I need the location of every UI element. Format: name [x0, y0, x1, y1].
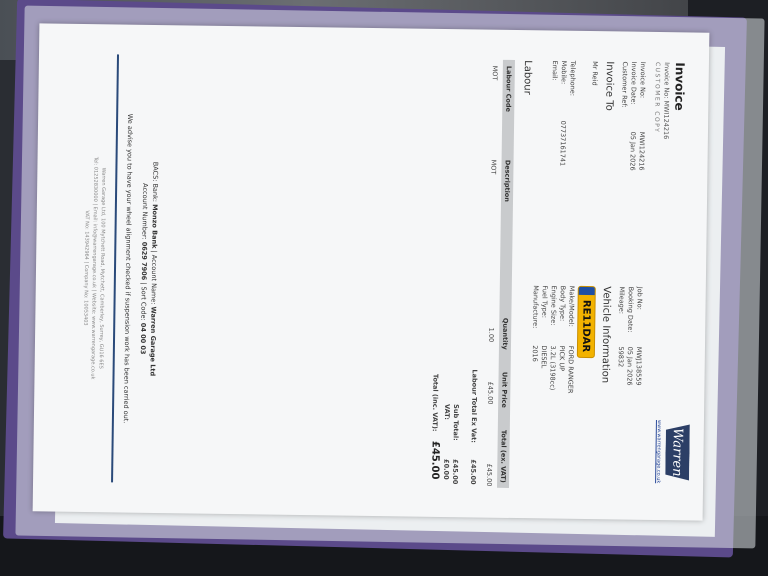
invoice-meta-values: MWI124216 05 Jan 2026	[627, 132, 646, 171]
invoice-paper: Invoice Invoice No: MWI124216 CUSTOMER C…	[33, 23, 710, 520]
vehicle-labels: Make/Model: Body Type: Engine Size: Fuel…	[530, 285, 576, 329]
footer-rule	[112, 54, 119, 482]
invoice-number-line: Invoice No: MWI124216	[662, 62, 671, 139]
invoice-meta-labels: Invoice No: Invoice Date: Customer Ref:	[619, 61, 647, 107]
invoice-page: Invoice Invoice No: MWI124216 CUSTOMER C…	[33, 23, 710, 520]
subtotal-value: £45.00	[450, 459, 459, 484]
contact-mobile: 07737161741	[557, 121, 567, 167]
col-labour-code: Labour Code	[504, 66, 513, 112]
labour-total-label: Labour Total Ex Vat:	[469, 369, 479, 443]
vehicle-heading: Vehicle Information	[599, 286, 611, 383]
footer: Warren Garage Ltd, 100 Mytchett Road, My…	[79, 54, 109, 482]
vehicle-values: FORD RANGER PICK UP 3.2L (3198cc) DIESEL…	[529, 345, 575, 393]
eu-flag-strip	[579, 287, 595, 295]
invoice-title: Invoice	[672, 62, 687, 111]
invoice-to-heading: Invoice To	[603, 61, 615, 111]
copy-label: CUSTOMER COPY	[653, 62, 661, 133]
total-value: £45.00	[429, 441, 441, 480]
contact-labels: Telephone: Mobile: Email:	[549, 60, 576, 96]
brand-logo: Warren	[665, 424, 690, 480]
registration-plate: RE11DAR	[577, 286, 596, 358]
vat-value: £0.00	[441, 459, 450, 480]
customer-name: Mr Reid	[590, 61, 599, 86]
subtotal-label: Sub Total:	[451, 404, 461, 441]
col-total: Total (ex. VAT)	[499, 430, 508, 483]
labour-table-header: Labour Code Description Quantity Unit Pr…	[497, 60, 515, 488]
col-unit-price: Unit Price	[500, 372, 509, 408]
vat-label: VAT:	[442, 404, 451, 420]
table-row: MOT MOT 1.00 £45.00 £45.00	[481, 60, 499, 488]
labour-heading: Labour	[521, 60, 532, 95]
wheel-alignment-advice: We advise you to have your wheel alignme…	[121, 55, 135, 483]
website-link[interactable]: www.warrengarage.co.uk	[655, 420, 662, 483]
col-quantity: Quantity	[501, 318, 509, 350]
col-description: Description	[503, 160, 512, 202]
total-label: Total (inc. VAT):	[430, 374, 440, 432]
registration-number: RE11DAR	[580, 295, 592, 357]
warren-logo: Warren	[665, 424, 690, 480]
job-labels: Job No: Booking Date: Mileage:	[616, 286, 644, 332]
labour-total-value: £45.00	[468, 459, 477, 484]
job-values: MWJ138559 05 Jan 2026 59832	[615, 346, 643, 385]
